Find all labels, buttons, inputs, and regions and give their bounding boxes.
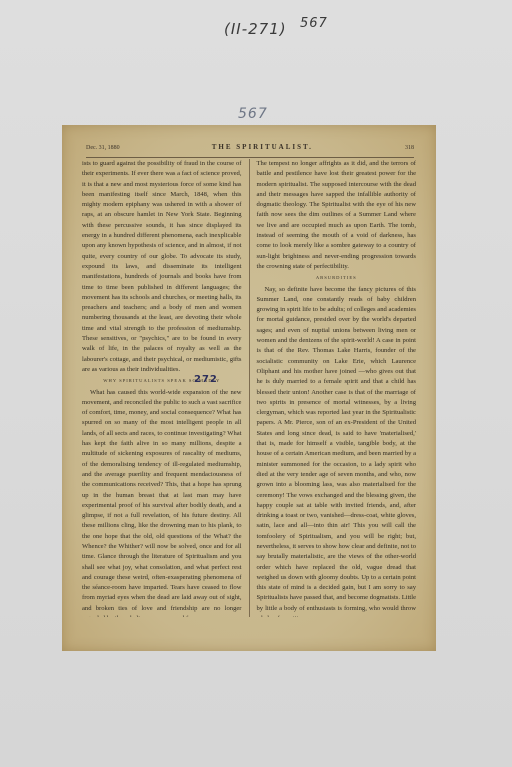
pencil-number-annotation: 567 <box>238 106 268 122</box>
right-subheading: Absurdities <box>257 273 417 283</box>
page-number: 318 <box>405 145 414 151</box>
pen-margin-mark: 272 <box>194 374 218 385</box>
article-columns: ists to guard against the possibility of… <box>76 159 422 617</box>
archive-reference-annotation: (II-271) <box>224 20 287 38</box>
newspaper-clipping: Dec. 31, 1880 THE SPIRITUALIST. 318 ists… <box>62 125 436 651</box>
left-paragraph-2: What has caused this world-wide expansio… <box>82 388 242 617</box>
left-column: ists to guard against the possibility of… <box>76 159 248 617</box>
sheet-number-annotation: 567 <box>300 16 328 31</box>
clipping-header: Dec. 31, 1880 THE SPIRITUALIST. 318 <box>86 143 414 158</box>
issue-date: Dec. 31, 1880 <box>86 145 120 151</box>
column-divider <box>249 159 250 617</box>
right-column: The tempest no longer affrights as it di… <box>251 159 423 617</box>
left-paragraph-1: ists to guard against the possibility of… <box>82 159 242 375</box>
right-paragraph-2: Nay, so definite have become the fancy p… <box>257 285 417 617</box>
right-paragraph-1: The tempest no longer affrights as it di… <box>257 159 417 272</box>
publication-title: THE SPIRITUALIST. <box>212 143 313 151</box>
